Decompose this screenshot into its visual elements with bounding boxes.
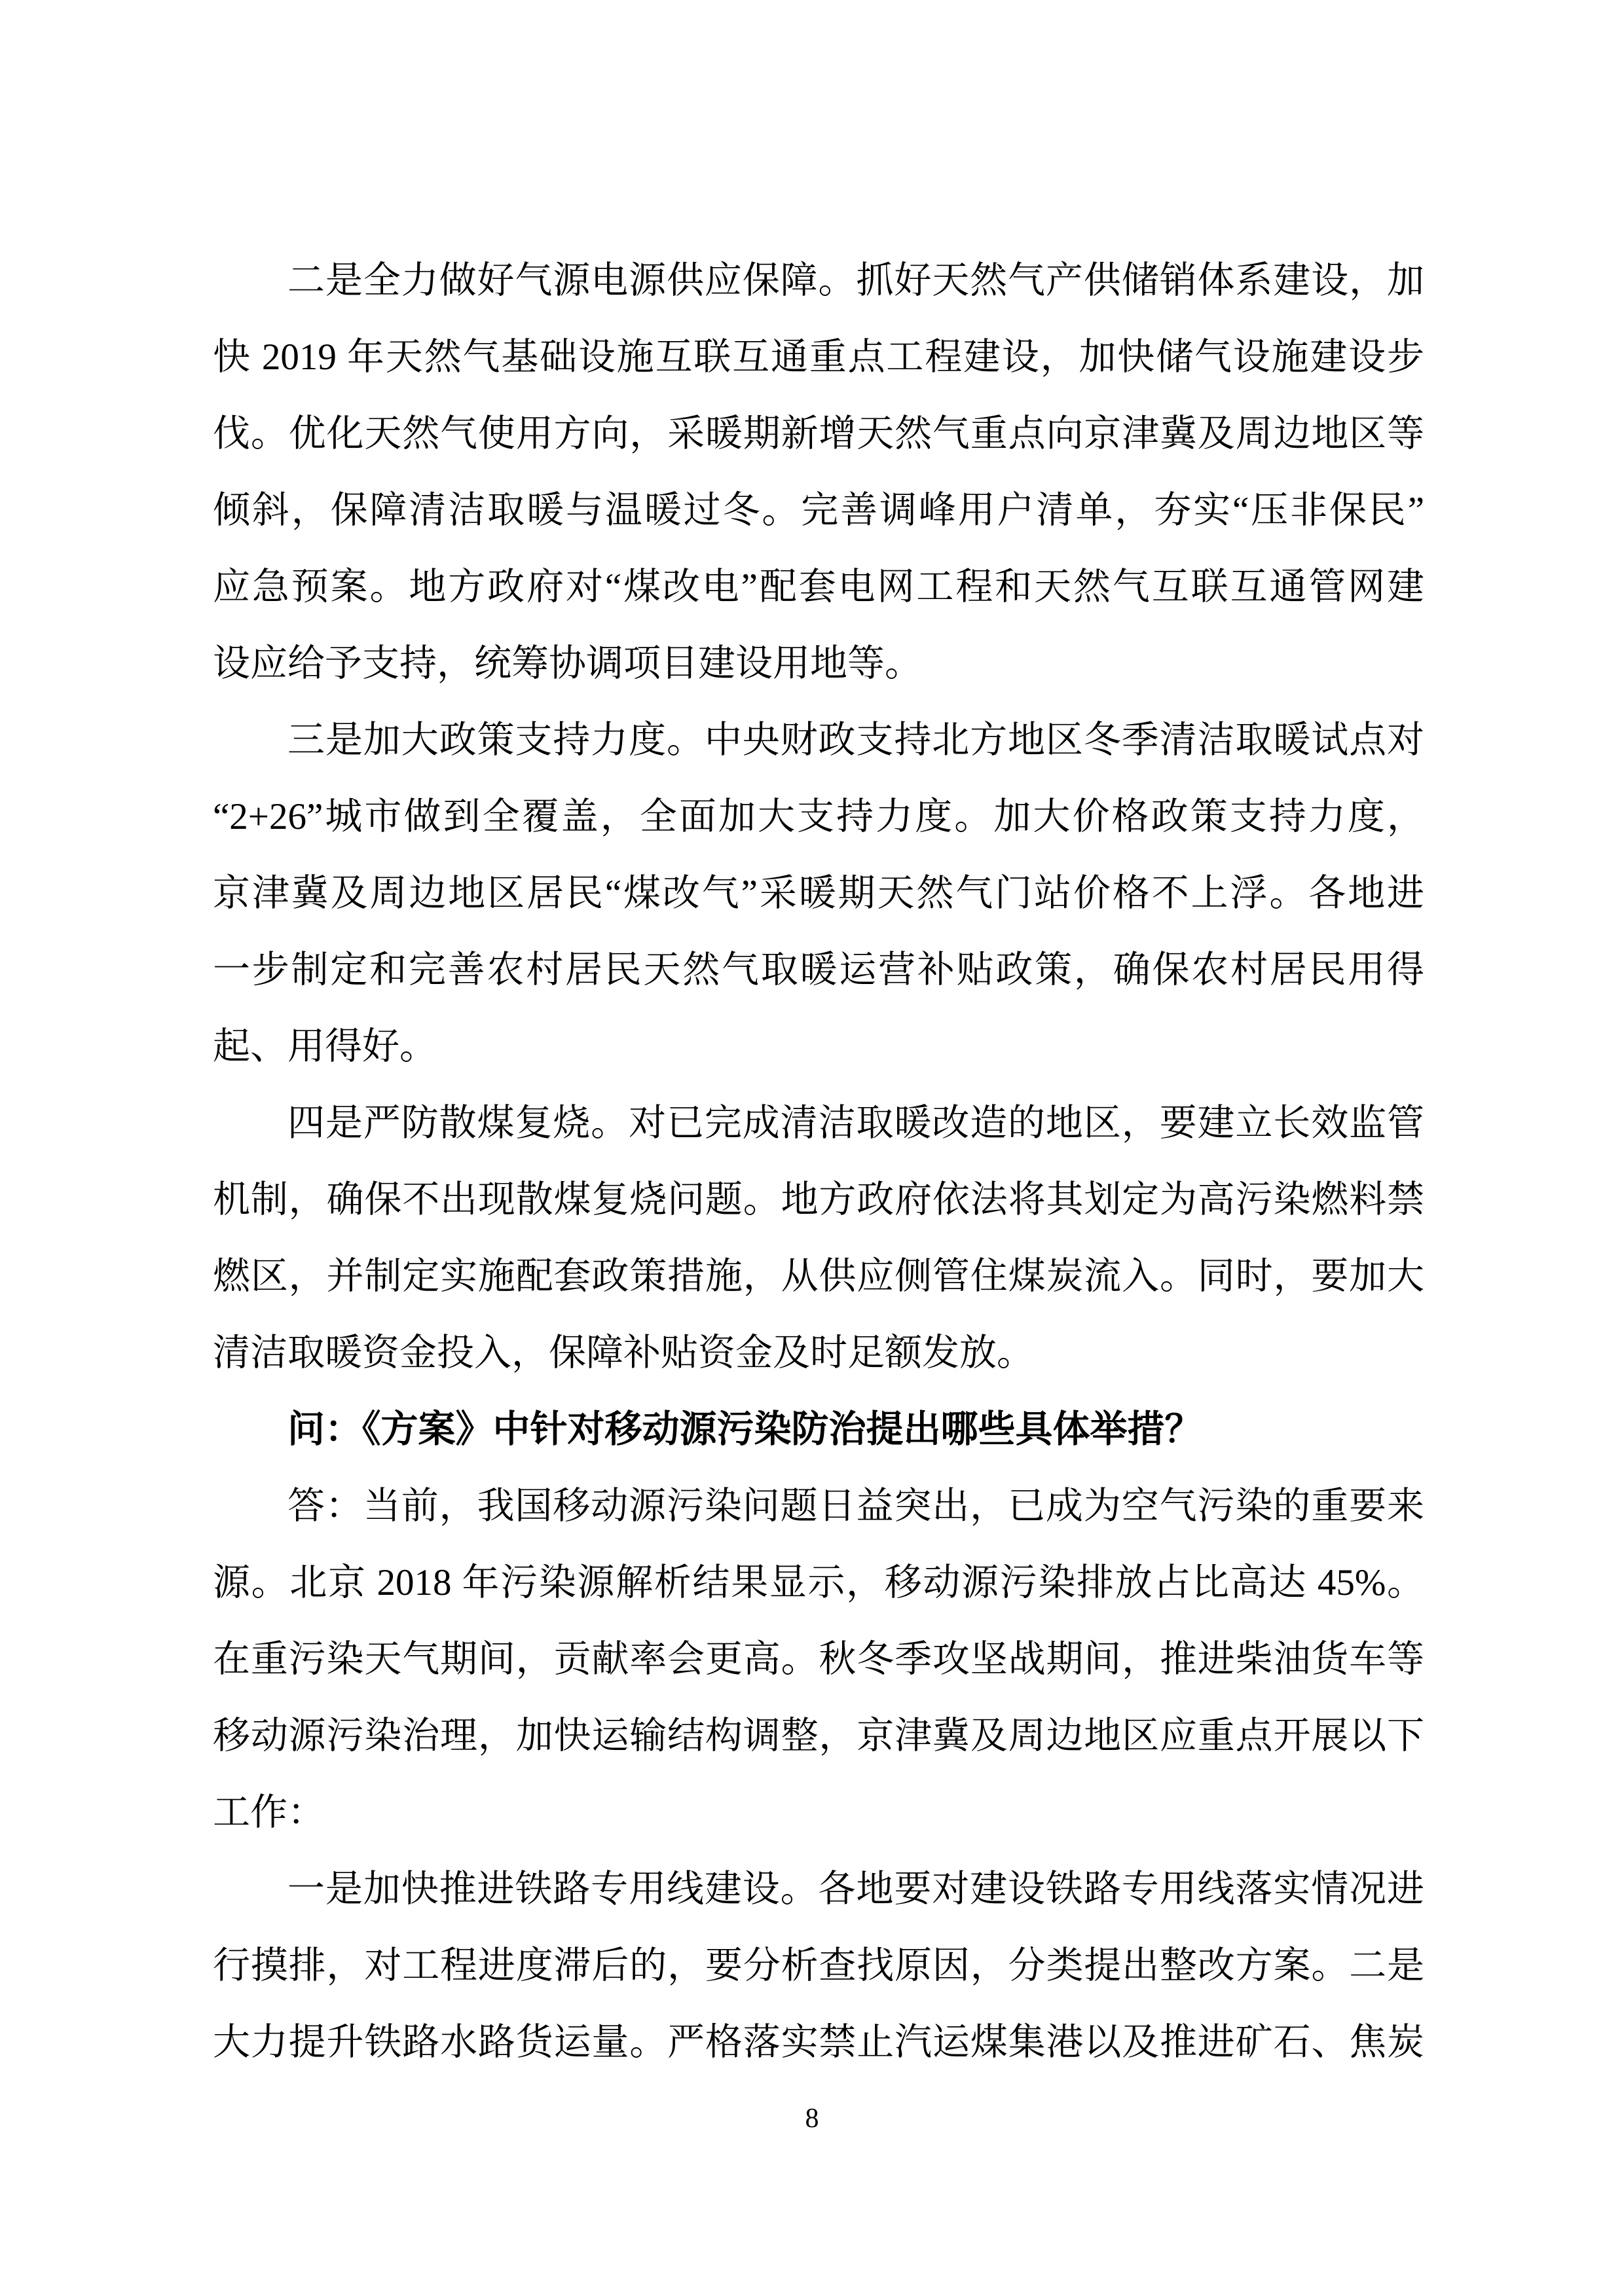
text-line: 机制，确保不出现散煤复烧问题。地方政府依法将其划定为高污染燃料禁: [213, 1161, 1424, 1238]
text-line: 京津冀及周边地区居民“煤改气”采暖期天然气门站价格不上浮。各地进: [213, 855, 1424, 932]
text-block: 二是全力做好气源电源供应保障。抓好天然气产供储销体系建设，加 快 2019 年天…: [213, 242, 1424, 2081]
text-line: 一步制定和完善农村居民天然气取暖运营补贴政策，确保农村居民用得: [213, 932, 1424, 1008]
text-line: 清洁取暖资金投入，保障补贴资金及时足额发放。: [213, 1315, 1424, 1391]
text-line: 三是加大政策支持力度。中央财政支持北方地区冬季清洁取暖试点对: [213, 702, 1424, 778]
text-line: 倾斜，保障清洁取暖与温暖过冬。完善调峰用户清单，夯实“压非保民”: [213, 472, 1424, 549]
text-line: 二是全力做好气源电源供应保障。抓好天然气产供储销体系建设，加: [213, 242, 1424, 319]
text-line: 四是严防散煤复烧。对已完成清洁取暖改造的地区，要建立长效监管: [213, 1085, 1424, 1161]
text-line: 工作：: [213, 1774, 1424, 1851]
text-line: 大力提升铁路水路货运量。严格落实禁止汽运煤集港以及推进矿石、焦炭: [213, 2004, 1424, 2081]
text-line: 燃区，并制定实施配套政策措施，从供应侧管住煤炭流入。同时，要加大: [213, 1238, 1424, 1315]
document-page: 二是全力做好气源电源供应保障。抓好天然气产供储销体系建设，加 快 2019 年天…: [0, 0, 1624, 2296]
page-number: 8: [0, 2092, 1624, 2145]
text-line: 快 2019 年天然气基础设施互联互通重点工程建设，加快储气设施建设步: [213, 319, 1424, 395]
text-line: 在重污染天气期间，贡献率会更高。秋冬季攻坚战期间，推进柴油货车等: [213, 1621, 1424, 1698]
question-line: 问：《方案》中针对移动源污染防治提出哪些具体举措？: [213, 1391, 1424, 1468]
text-line: 一是加快推进铁路专用线建设。各地要对建设铁路专用线落实情况进: [213, 1851, 1424, 1927]
text-line: 答：当前，我国移动源污染问题日益突出，已成为空气污染的重要来: [213, 1468, 1424, 1544]
text-line: 移动源污染治理，加快运输结构调整，京津冀及周边地区应重点开展以下: [213, 1698, 1424, 1774]
text-line: 起、用得好。: [213, 1008, 1424, 1085]
text-line: 源。北京 2018 年污染源解析结果显示，移动源污染排放占比高达 45%。: [213, 1544, 1424, 1621]
text-line: “2+26”城市做到全覆盖，全面加大支持力度。加大价格政策支持力度，: [213, 778, 1424, 855]
text-line: 应急预案。地方政府对“煤改电”配套电网工程和天然气互联互通管网建: [213, 549, 1424, 625]
text-line: 伐。优化天然气使用方向，采暖期新增天然气重点向京津冀及周边地区等: [213, 395, 1424, 472]
text-line: 行摸排，对工程进度滞后的，要分析查找原因，分类提出整改方案。二是: [213, 1927, 1424, 2004]
text-line: 设应给予支持，统筹协调项目建设用地等。: [213, 625, 1424, 702]
